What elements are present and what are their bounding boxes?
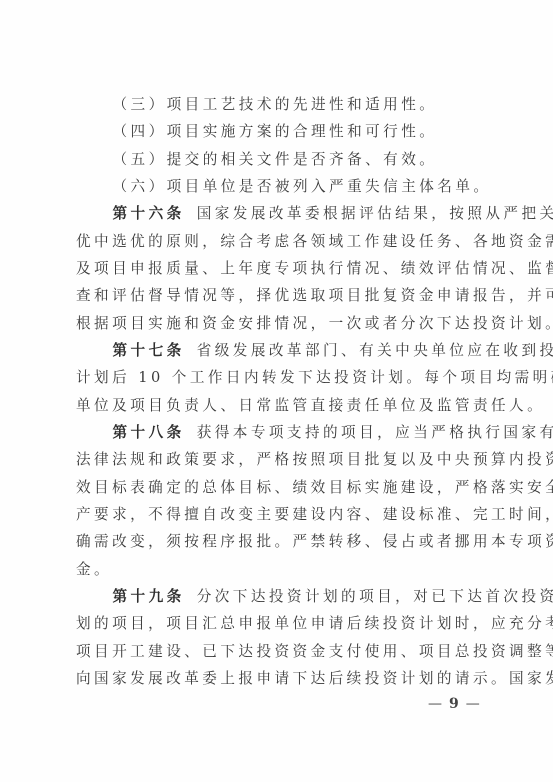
article-18-line-6: 金。 [76, 556, 480, 583]
article-18-line-3: 效目标表确定的总体目标、绩效目标实施建设，严格落实安全生 [76, 474, 480, 501]
article-16-line-1: 第十六条国家发展改革委根据评估结果，按照从严把关、 [76, 200, 480, 227]
page-number-dash-left: — [428, 696, 443, 712]
article-19-number: 第十九条 [113, 588, 185, 605]
article-19-line-1: 第十九条分次下达投资计划的项目，对已下达首次投资计 [76, 583, 480, 610]
article-16-number: 第十六条 [113, 205, 185, 222]
article-18-text: 获得本专项支持的项目，应当严格执行国家有关 [197, 424, 553, 441]
article-16-line-2: 优中选优的原则，综合考虑各领域工作建设任务、各地资金需求 [76, 228, 480, 255]
document-body: （三）项目工艺技术的先进性和适用性。 （四）项目实施方案的合理性和可行性。 （五… [76, 91, 480, 692]
list-item-3: （三）项目工艺技术的先进性和适用性。 [76, 91, 480, 118]
list-item-5: （五）提交的相关文件是否齐备、有效。 [76, 146, 480, 173]
article-18-line-2: 法律法规和政策要求，严格按照项目批复以及中央预算内投资绩 [76, 446, 480, 473]
article-18-number: 第十八条 [113, 424, 185, 441]
article-18-line-4: 产要求，不得擅自改变主要建设内容、建设标准、完工时间，如 [76, 501, 480, 528]
article-18-line-1: 第十八条获得本专项支持的项目，应当严格执行国家有关 [76, 419, 480, 446]
article-19-text: 分次下达投资计划的项目，对已下达首次投资计 [197, 588, 553, 605]
page-number-dash-right: — [466, 696, 481, 712]
article-16-line-3: 及项目申报质量、上年度专项执行情况、绩效评估情况、监督检 [76, 255, 480, 282]
article-17-text: 省级发展改革部门、有关中央单位应在收到投资 [197, 342, 553, 359]
article-19-line-2: 划的项目，项目汇总申报单位申请后续投资计划时，应充分考虑 [76, 610, 480, 637]
article-16-line-4: 查和评估督导情况等，择优选取项目批复资金申请报告，并可以 [76, 282, 480, 309]
page-number: —9— [428, 696, 481, 712]
article-18-line-5: 确需改变，须按程序报批。严禁转移、侵占或者挪用本专项资 [76, 528, 480, 555]
article-19-line-3: 项目开工建设、已下达投资资金支付使用、项目总投资调整等， [76, 638, 480, 665]
document-page: （三）项目工艺技术的先进性和适用性。 （四）项目实施方案的合理性和可行性。 （五… [0, 0, 553, 782]
list-item-4: （四）项目实施方案的合理性和可行性。 [76, 118, 480, 145]
article-16-line-5: 根据项目实施和资金安排情况，一次或者分次下达投资计划。 [76, 310, 480, 337]
article-17-line-3: 单位及项目负责人、日常监管直接责任单位及监管责任人。 [76, 392, 480, 419]
page-number-value: 9 [449, 696, 460, 712]
article-17-number: 第十七条 [113, 342, 185, 359]
list-item-6: （六）项目单位是否被列入严重失信主体名单。 [76, 173, 480, 200]
article-17-line-2: 计划后 10 个工作日内转发下达投资计划。每个项目均需明确项目 [76, 364, 480, 391]
article-16-text: 国家发展改革委根据评估结果，按照从严把关、 [197, 205, 553, 222]
article-17-line-1: 第十七条省级发展改革部门、有关中央单位应在收到投资 [76, 337, 480, 364]
article-19-line-4: 向国家发展改革委上报申请下达后续投资计划的请示。国家发展 [76, 665, 480, 692]
